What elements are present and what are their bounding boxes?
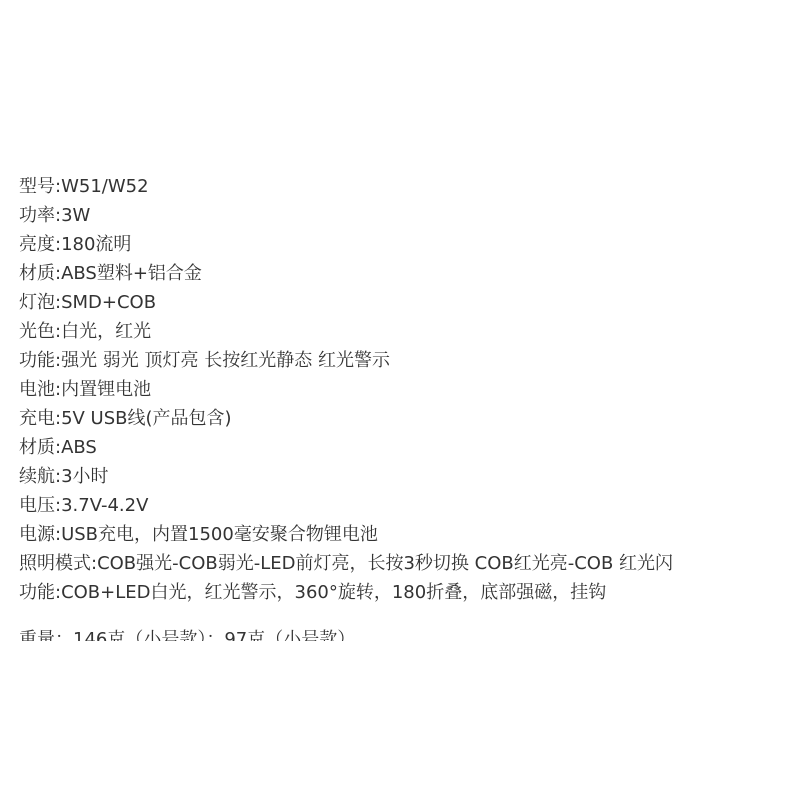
spec-runtime: 续航:3小时 [19, 462, 789, 491]
spec-material: 材质:ABS塑料+铝合金 [19, 259, 789, 288]
spec-power: 功率:3W [19, 201, 789, 230]
spec-model: 型号:W51/W52 [19, 172, 789, 201]
spec-battery: 电池:内置锂电池 [19, 375, 789, 404]
spec-weight-clipped: 重量：146克（小号款）；97克（小号款） [19, 625, 789, 641]
spec-charging: 充电:5V USB线(产品包含) [19, 404, 789, 433]
spec-functions-2: 功能:COB+LED白光，红光警示，360°旋转，180折叠，底部强磁，挂钩 [19, 578, 789, 607]
spec-material-2: 材质:ABS [19, 433, 789, 462]
product-spec-list: 型号:W51/W52 功率:3W 亮度:180流明 材质:ABS塑料+铝合金 灯… [19, 172, 789, 641]
spec-brightness: 亮度:180流明 [19, 230, 789, 259]
spec-light-color: 光色:白光，红光 [19, 317, 789, 346]
spacer [19, 607, 789, 625]
spec-power-source: 电源:USB充电，内置1500毫安聚合物锂电池 [19, 520, 789, 549]
spec-lighting-modes: 照明模式:COB强光-COB弱光-LED前灯亮，长按3秒切换 COB红光亮-CO… [19, 549, 789, 578]
spec-bulb: 灯泡:SMD+COB [19, 288, 789, 317]
spec-functions: 功能:强光 弱光 顶灯亮 长按红光静态 红光警示 [19, 346, 789, 375]
spec-voltage: 电压:3.7V-4.2V [19, 491, 789, 520]
